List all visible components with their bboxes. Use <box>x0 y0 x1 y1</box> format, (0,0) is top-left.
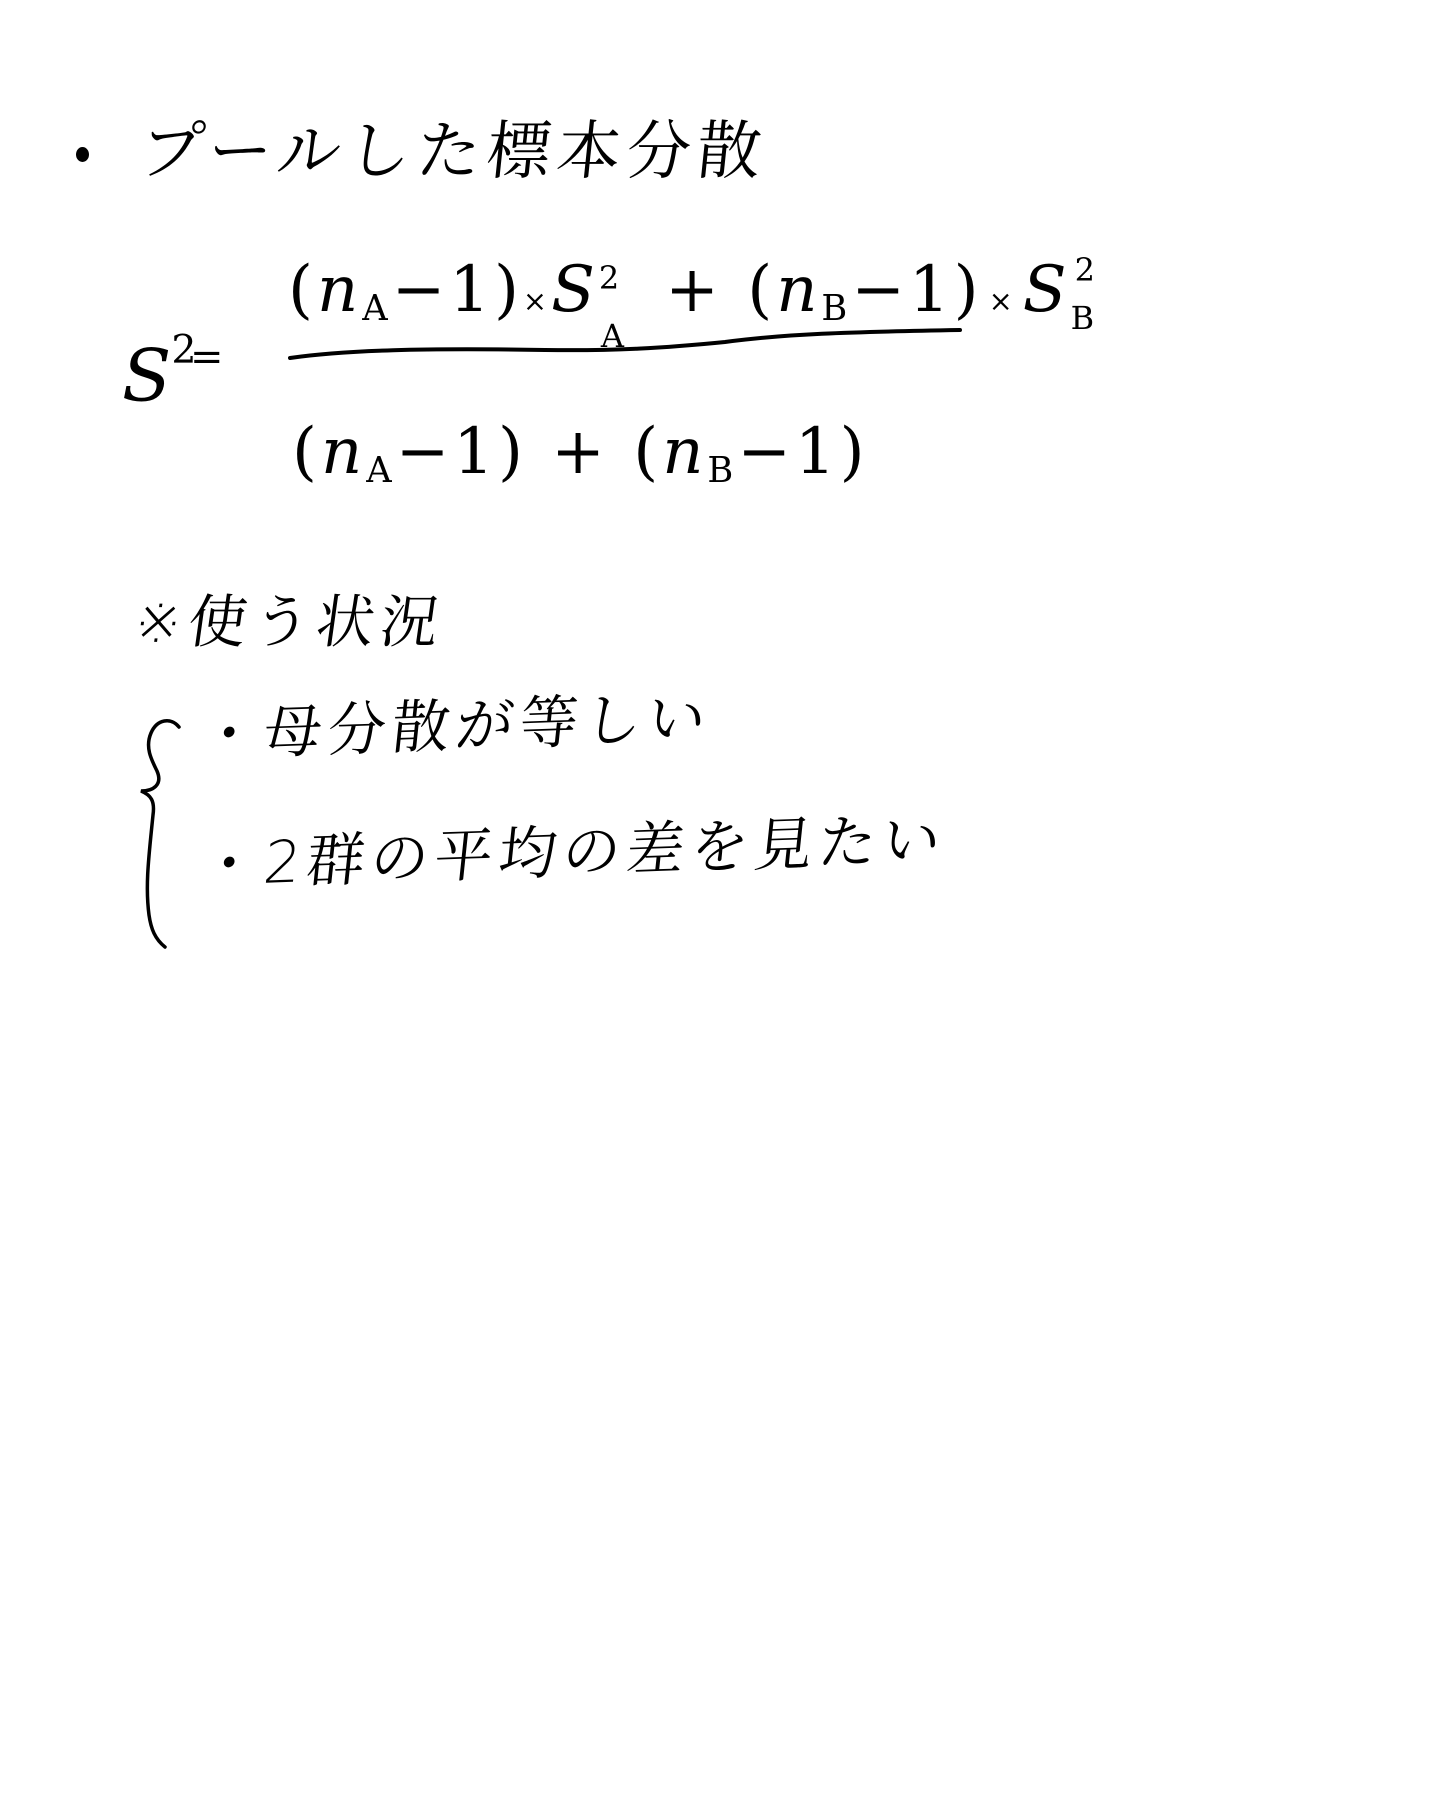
num-times-b: × <box>989 284 1017 318</box>
den-n-b-subscript: B <box>707 450 737 491</box>
num-minus-one-a: −1 <box>392 253 494 327</box>
usage-item-2-text: 2群の平均の差を見たい <box>260 805 950 897</box>
num-n-b: n <box>776 253 821 327</box>
den-plus: + <box>551 415 609 489</box>
num-times-a: × <box>523 284 551 318</box>
usage-item-2-bullet: ・ <box>196 829 267 900</box>
usage-item-2: ・2群の平均の差を見たい <box>195 794 951 910</box>
usage-title: ※使う状況 <box>128 582 450 662</box>
num-minus-one-b: −1 <box>851 253 953 327</box>
num-s-a: S <box>551 253 599 327</box>
num-close-paren-b: ) <box>954 253 983 327</box>
den-minus-one-a: −1 <box>396 415 498 489</box>
num-open-paren-b: ( <box>747 253 776 327</box>
formula-lhs: S2 <box>122 300 197 426</box>
den-open-paren-b: ( <box>633 415 662 489</box>
den-minus-one-b: −1 <box>737 415 839 489</box>
handwritten-note-canvas: プールした標本分散 S2 = (nA−1)×S2A + (nB−1)×S2B (… <box>0 0 1440 1813</box>
heading-bullet-icon <box>76 147 89 162</box>
formula-equals: = <box>190 332 224 382</box>
formula-denominator: (nA−1) + (nB−1) <box>292 402 869 521</box>
heading-title: プールした標本分散 <box>136 112 771 192</box>
num-open-paren-a: ( <box>288 253 317 327</box>
fraction-line <box>285 320 965 370</box>
usage-item-1-text: 母分散が等しい <box>260 683 715 767</box>
den-n-b: n <box>662 415 707 489</box>
num-s-b-subscript: B <box>1071 268 1099 368</box>
num-s-a-scripts: 2A <box>599 310 629 311</box>
num-s-b-scripts: 2B <box>1071 310 1101 311</box>
usage-item-1-bullet: ・ <box>196 699 267 770</box>
usage-item-1: ・母分散が等しい <box>195 672 716 780</box>
num-close-paren-a: ) <box>494 253 523 327</box>
curly-brace-icon <box>135 715 185 955</box>
formula-lhs-symbol: S <box>122 334 171 418</box>
den-open-paren-a: ( <box>292 415 321 489</box>
num-plus: + <box>665 253 723 327</box>
den-close-paren-a: ) <box>498 415 527 489</box>
den-close-paren-b: ) <box>840 415 869 489</box>
num-s-b: S <box>1023 253 1071 327</box>
den-n-a-subscript: A <box>366 450 395 491</box>
num-n-a: n <box>317 253 362 327</box>
den-n-a: n <box>321 415 366 489</box>
